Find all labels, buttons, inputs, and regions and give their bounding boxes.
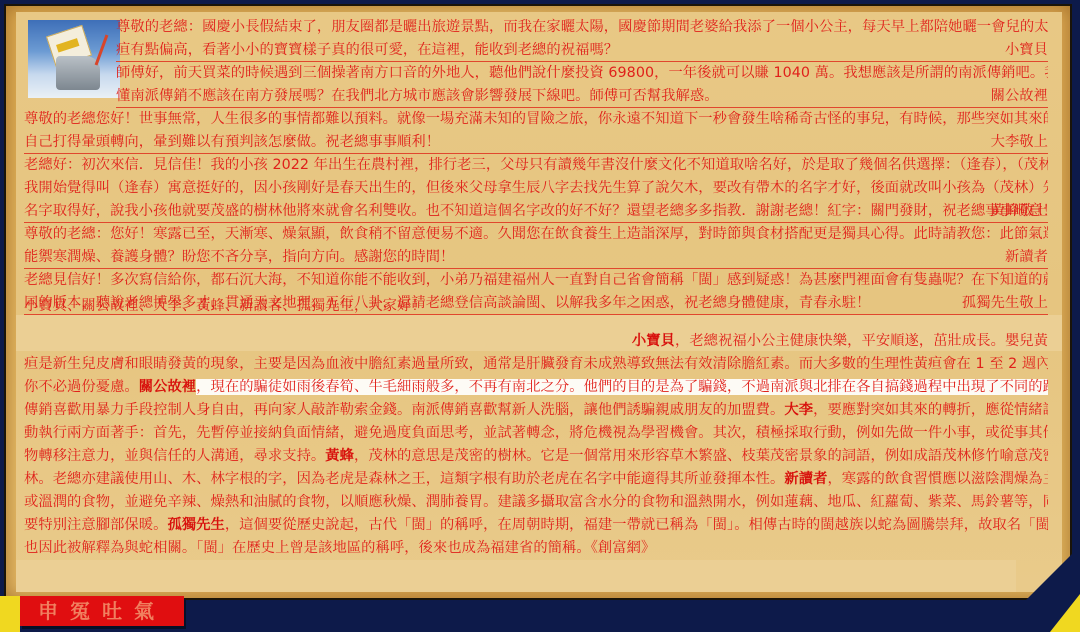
letter-3-line-2: 自己打得暈頭轉向，暈到難以有預判該怎麼做。祝老總事事順利！ 大李敬上 xyxy=(24,131,1048,154)
reply-line-2: 疸是新生兒皮膚和眼睛發黃的現象，主要是因為血液中膽紅素過量所致，通常是肝臟發育未… xyxy=(24,353,1048,375)
letter-6-line-1: 老總見信好！多次寫信給你，都石沉大海，不知道你能不能收到，小弟乃福建福州人一直對… xyxy=(24,269,1048,291)
parchment-frame: 尊敬的老總：國慶小長假結束了，朋友圈都是曬出旅遊景點，而我在家曬太陽，國慶節期間… xyxy=(4,4,1072,600)
reply-line-7: 林。老總亦建議使用山、木、林字根的字，因為老虎是森林之王，這類字根有助於老虎在名… xyxy=(24,468,1048,490)
reply-addressee-3: 大李 xyxy=(784,402,813,418)
letter-4-line-3: 名字取得好，說我小孩他就要茂盛的樹林他將來就會名利雙收。也不知道這個名字改的好不… xyxy=(24,200,1048,223)
mailbox-icon xyxy=(56,56,100,90)
letter-1-line-1: 尊敬的老總：國慶小長假結束了，朋友圈都是曬出旅遊景點，而我在家曬太陽，國慶節期間… xyxy=(116,16,1048,38)
letter-2-line-1: 師傅好，前天買菜的時候遇到三個操著南方口音的外地人，聽他們說什麼投資 69800… xyxy=(116,62,1048,84)
yellow-accent-left xyxy=(0,596,20,632)
reply-addressee-6: 孤獨先生 xyxy=(167,517,224,533)
letter-5-line-1: 尊敬的老總：您好！寒露已至，天漸寒、燥氣顯，飲食稍不留意便易不適。久聞您在飲食養… xyxy=(24,223,1048,245)
bottom-blank-area xyxy=(16,560,1016,592)
reply-greeting-line: 小寶貝、關公故裡、大李、黃蜂、新讀者、孤獨先生，大家好！ xyxy=(24,295,1048,317)
letter-4-line-2: 我開始覺得叫（逢春）寓意挺好的，因小孩剛好是春天出生的，但後來父母拿生辰八字去找… xyxy=(24,177,1048,199)
reply-addressee-1: 小寶貝 xyxy=(632,333,675,349)
mailbox-thumbnail-image xyxy=(28,20,120,98)
yellow-accent-right xyxy=(1050,594,1080,632)
reply-line-8: 或溫潤的食物，並避免辛辣、燥熱和油膩的食物，以順應秋燥、潤肺養胃。建議多攝取富含… xyxy=(24,491,1048,513)
reply-line-10: 也因此被解釋為與蛇相關。「閩」在歷史上曾是該地區的稱呼，後來也成為福建省的簡稱。… xyxy=(24,537,655,559)
reply-line-4: 傳銷喜歡用暴力手段控制人身自由，再向家人敲詐勒索金錢。南派傳銷喜歡幫新人洗腦，讓… xyxy=(24,399,1048,421)
reply-line-6: 物轉移注意力，並與信任的人溝通，尋求支持。黃蜂，茂林的意思是茂密的樹林。它是一個… xyxy=(24,445,1048,467)
reply-addressee-4: 黃蜂 xyxy=(325,448,354,464)
letter-4-line-1: 老總好：初次來信．見信佳！我的小孩 2022 年出生在農村裡，排行老三，父母只有… xyxy=(24,154,1048,176)
letter-4-signature: 黃蜂敬上 xyxy=(991,200,1048,222)
reply-line-9: 要特別注意腳部保暖。孤獨先生，這個要從歷史說起，古代「閩」的稱呼，在周朝時期，福… xyxy=(24,514,1048,536)
reply-line-1: 小寶貝，老總祝福小公主健康快樂，平安順遂，茁壯成長。嬰兒黃 xyxy=(24,330,1048,352)
letter-1-line-2: 疸有點偏高，看著小小的寶寶樣子真的很可愛，在這裡，能收到老總的祝福嗎？ 小寶貝 xyxy=(116,39,1048,62)
mailbox-flag-icon xyxy=(95,34,109,65)
letter-5-line-2: 能禦寒潤燥、養護身體？盼您不吝分享，指向方向。感謝您的時間！ 新讀者 xyxy=(24,246,1048,269)
reply-addressee-2: 關公故裡 xyxy=(139,379,196,395)
letters-paper: 尊敬的老總：國慶小長假結束了，朋友圈都是曬出旅遊景點，而我在家曬太陽，國慶節期間… xyxy=(16,12,1062,592)
section-tab-shenyuan[interactable]: 申冤吐氣 xyxy=(20,596,184,626)
letter-5-signature: 新讀者 xyxy=(1005,246,1048,268)
reply-line-3: 你不必過份憂慮。關公故裡，現在的騙徒如雨後春筍、牛毛細雨般多，不再有南北之分。他… xyxy=(24,376,1048,398)
letter-2-line-2: 懂南派傳銷不應該在南方發展嗎？在我們北方城市應該會影響發展下線吧。師傅可否幫我解… xyxy=(116,85,1048,108)
letter-3-line-1: 尊敬的老總您好！世事無常，人生很多的事情都難以預料。就像一場充滿未知的冒險之旅，… xyxy=(24,108,1048,130)
letter-1-signature: 小寶貝 xyxy=(1005,39,1048,61)
letter-3-signature: 大李敬上 xyxy=(991,131,1048,153)
reply-addressee-5: 新讀者 xyxy=(784,471,827,487)
letter-2-signature: 關公故裡 xyxy=(991,85,1048,107)
reply-line-5: 動執行兩方面著手：首先，先暫停並接納負面情緒，避免過度負面思考，並試著轉念，將危… xyxy=(24,422,1048,444)
